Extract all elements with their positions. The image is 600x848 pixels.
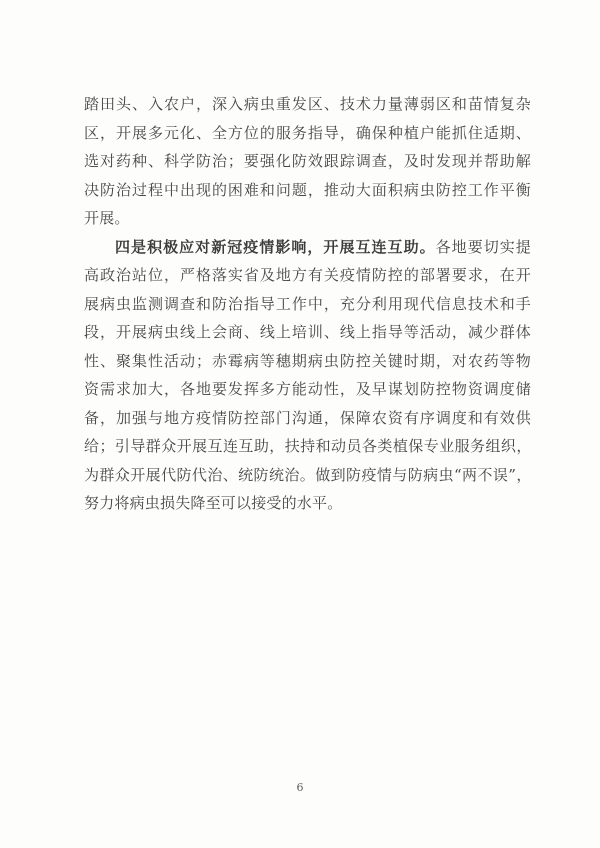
lead-rest-text: 各地要切实提: [436, 238, 531, 256]
paragraph-1: 踏田头、入农户，深入病虫重发区、技术力量薄弱区和苗情复杂 区，开展多元化、全方位…: [84, 90, 531, 233]
paragraph-2: 四是积极应对新冠疫情影响，开展互连互助。各地要切实提 高政治站位，严格落实省及地…: [84, 233, 531, 518]
text-line: 四是积极应对新冠疫情影响，开展互连互助。各地要切实提: [84, 233, 531, 262]
text-line: 展病虫监测调查和防治指导工作中，充分利用现代信息技术和手: [84, 290, 531, 319]
text-line: 决防治过程中出现的困难和问题，推动大面积病虫防控工作平衡: [84, 176, 531, 205]
text-line: 区，开展多元化、全方位的服务指导，确保种植户能抓住适期、: [84, 119, 531, 148]
text-line: 开展。: [84, 204, 531, 233]
page-number: 6: [0, 781, 600, 794]
text-line: 高政治站位，严格落实省及地方有关疫情防控的部署要求，在开: [84, 261, 531, 290]
text-line: 资需求加大，各地要发挥多方能动性，及早谋划防控物资调度储: [84, 375, 531, 404]
text-line: 段，开展病虫线上会商、线上培训、线上指导等活动，减少群体: [84, 318, 531, 347]
text-line: 给；引导群众开展互连互助，扶持和动员各类植保专业服务组织，: [84, 432, 531, 461]
text-line: 性、聚集性活动；赤霉病等穗期病虫防控关键时期，对农药等物: [84, 347, 531, 376]
document-page: 踏田头、入农户，深入病虫重发区、技术力量薄弱区和苗情复杂 区，开展多元化、全方位…: [0, 0, 600, 848]
bold-lead-sentence: 四是积极应对新冠疫情影响，开展互连互助。: [115, 238, 436, 256]
text-line: 踏田头、入农户，深入病虫重发区、技术力量薄弱区和苗情复杂: [84, 90, 531, 119]
text-line: 选对药种、科学防治；要强化防效跟踪调查，及时发现并帮助解: [84, 147, 531, 176]
text-line: 努力将病虫损失降至可以接受的水平。: [84, 489, 531, 518]
text-line: 备，加强与地方疫情防控部门沟通，保障农资有序调度和有效供: [84, 404, 531, 433]
document-body: 踏田头、入农户，深入病虫重发区、技术力量薄弱区和苗情复杂 区，开展多元化、全方位…: [84, 90, 531, 518]
text-line: 为群众开展代防代治、统防统治。做到防疫情与防病虫“两不误”，: [84, 461, 531, 490]
